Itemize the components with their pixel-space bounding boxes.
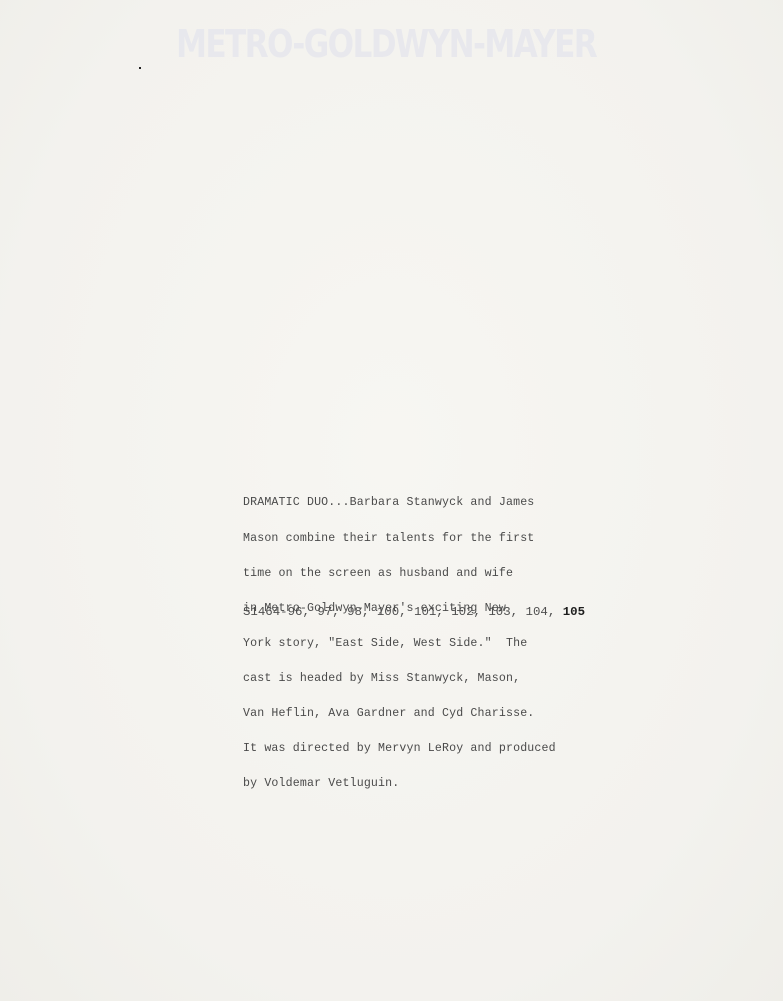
studio-stamp: METRO-GOLDWYN-MAYER (176, 22, 476, 66)
reference-last-number: 105 (563, 605, 585, 619)
paper-speck (139, 67, 141, 69)
typed-caption: DRAMATIC DUO...Barbara Stanwyck and Jame… (243, 474, 556, 813)
caption-line: Mason combine their talents for the firs… (243, 533, 556, 545)
caption-line: Van Heflin, Ava Gardner and Cyd Charisse… (243, 708, 556, 720)
caption-line: DRAMATIC DUO...Barbara Stanwyck and Jame… (243, 497, 556, 509)
caption-line: time on the screen as husband and wife (243, 568, 556, 580)
caption-line: cast is headed by Miss Stanwyck, Mason, (243, 673, 556, 685)
reference-numbers: S1464-96, 97, 98, 100, 101, 102, 103, 10… (243, 605, 563, 619)
caption-line: by Voldemar Vetluguin. (243, 778, 556, 790)
caption-line: It was directed by Mervyn LeRoy and prod… (243, 743, 556, 755)
still-reference-numbers: S1464-96, 97, 98, 100, 101, 102, 103, 10… (243, 605, 585, 619)
caption-line: York story, "East Side, West Side." The (243, 638, 556, 650)
photo-back-page: METRO-GOLDWYN-MAYER DRAMATIC DUO...Barba… (0, 0, 783, 1001)
